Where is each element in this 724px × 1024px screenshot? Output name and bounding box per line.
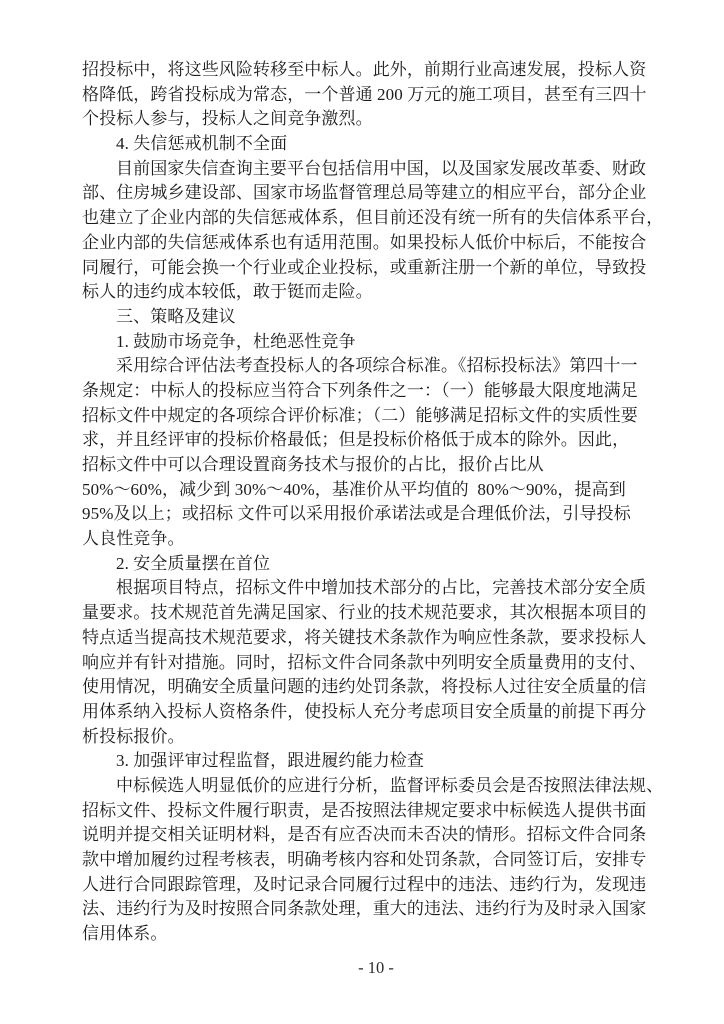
body-text-line: 个投标人参与，投标人之间竞争激烈。: [82, 107, 678, 132]
body-text-line: 根据项目特点，招标文件中增加技术部分的占比，完善技术部分安全质: [82, 576, 678, 601]
heading-line: 4. 失信惩戒机制不全面: [82, 132, 678, 157]
body-text-line: 特点适当提高技术规范要求，将关键技术条款作为响应性条款，要求投标人: [82, 626, 678, 651]
body-text-line: 人进行合同跟踪管理，及时记录合同履行过程中的违法、违约行为，发现违: [82, 873, 678, 898]
body-text-line: 招投标中，将这些风险转移至中标人。此外，前期行业高速发展，投标人资: [82, 58, 678, 83]
body-text-line: 量要求。技术规范首先满足国家、行业的技术规范要求，其次根据本项目的: [82, 601, 678, 626]
body-text-line: 招标文件中规定的各项综合评价标准；（二）能够满足招标文件的实质性要: [82, 404, 678, 429]
body-text-line: 中标候选人明显低价的应进行分析，监督评标委员会是否按照法律法规、: [82, 774, 678, 799]
body-text-line: 招标文件、投标文件履行职责，是否按照法律规定要求中标候选人提供书面: [82, 799, 678, 824]
body-text-line: 用体系纳入投标人资格条件，使投标人充分考虑项目安全质量的前提下再分: [82, 700, 678, 725]
body-text-line: 也建立了企业内部的失信惩戒体系，但目前还没有统一所有的失信体系平台，: [82, 206, 678, 231]
heading-line: 2. 安全质量摆在首位: [82, 552, 678, 577]
page-number: - 10 -: [14, 957, 724, 979]
body-text-line: 采用综合评估法考查投标人的各项综合标准。《招标投标法》第四十一: [82, 354, 678, 379]
body-text-line: 人良性竞争。: [82, 527, 678, 552]
body-text-line: 同履行，可能会换一个行业或企业投标，或重新注册一个新的单位，导致投: [82, 256, 678, 281]
heading-line: 三、策略及建议: [82, 305, 678, 330]
document-page: 招投标中，将这些风险转移至中标人。此外，前期行业高速发展，投标人资格降低，跨省投…: [0, 0, 724, 1024]
body-text-line: 条规定：中标人的投标应当符合下列条件之一：（一）能够最大限度地满足: [82, 379, 678, 404]
body-text-line: 法、违约行为及时按照合同条款处理，重大的违法、违约行为及时录入国家: [82, 897, 678, 922]
body-text-line: 企业内部的失信惩戒体系也有适用范围。如果投标人低价中标后，不能按合: [82, 231, 678, 256]
body-text-line: 招标文件中可以合理设置商务技术与报价的占比，报价占比从: [82, 453, 678, 478]
body-text-line: 响应并有针对措施。同时，招标文件合同条款中列明安全质量费用的支付、: [82, 651, 678, 676]
body-text-line: 95%及以上；或招标 文件可以采用报价承诺法或是合理低价法，引导投标: [82, 502, 678, 527]
heading-line: 3. 加强评审过程监督，跟进履约能力检查: [82, 749, 678, 774]
body-text-line: 信用体系。: [82, 922, 678, 947]
body-text-line: 目前国家失信查询主要平台包括信用中国，以及国家发展改革委、财政: [82, 157, 678, 182]
body-text-line: 款中增加履约过程考核表，明确考核内容和处罚条款，合同签订后，安排专: [82, 848, 678, 873]
body-text-line: 部、住房城乡建设部、国家市场监督管理总局等建立的相应平台，部分企业: [82, 181, 678, 206]
body-text-line: 格降低，跨省投标成为常态，一个普通 200 万元的施工项目，甚至有三四十: [82, 83, 678, 108]
body-text-line: 说明并提交相关证明材料，是否有应否决而未否决的情形。招标文件合同条: [82, 823, 678, 848]
body-text-line: 标人的违约成本较低，敢于铤而走险。: [82, 280, 678, 305]
document-body: 招投标中，将这些风险转移至中标人。此外，前期行业高速发展，投标人资格降低，跨省投…: [82, 58, 678, 947]
body-text-line: 50%～60%，减少到 30%～40%，基准价从平均值的 80%～90%，提高到: [82, 478, 678, 503]
body-text-line: 求，并且经评审的投标价格最低；但是投标价格低于成本的除外。因此，: [82, 428, 678, 453]
heading-line: 1. 鼓励市场竞争，杜绝恶性竞争: [82, 330, 678, 355]
body-text-line: 析投标报价。: [82, 725, 678, 750]
body-text-line: 使用情况，明确安全质量问题的违约处罚条款，将投标人过往安全质量的信: [82, 675, 678, 700]
